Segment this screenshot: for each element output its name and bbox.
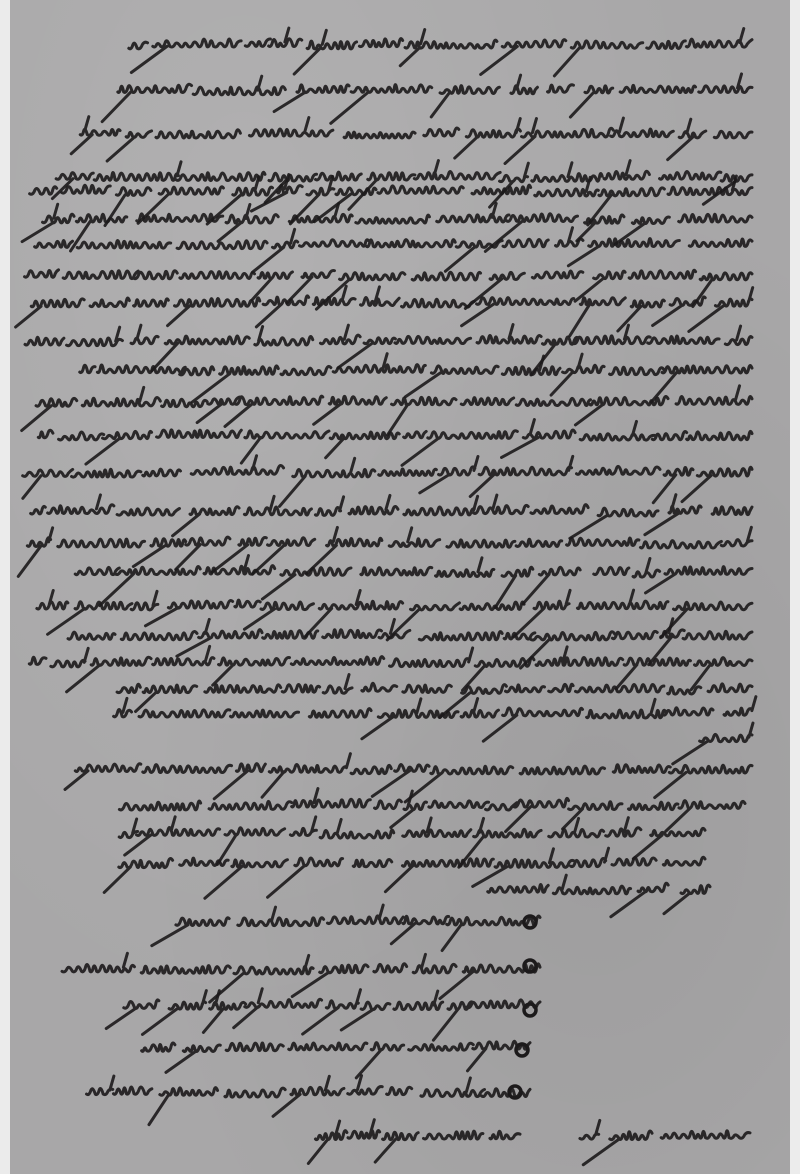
script-line xyxy=(71,117,752,164)
script-line xyxy=(308,1120,520,1164)
script-line xyxy=(38,420,752,466)
script-line xyxy=(119,789,745,832)
script-line xyxy=(102,74,752,123)
script-line xyxy=(152,905,540,950)
script-line xyxy=(80,354,752,402)
script-line xyxy=(87,1076,530,1125)
script-line xyxy=(62,953,540,1002)
script-line xyxy=(23,456,752,507)
script-line xyxy=(488,875,710,917)
list-marker-icon xyxy=(524,1004,536,1016)
script-line xyxy=(129,28,752,76)
script-line xyxy=(35,228,752,273)
script-line xyxy=(673,723,753,764)
script-line xyxy=(142,1041,530,1077)
manuscript-script-lines xyxy=(0,0,800,1174)
script-line xyxy=(75,556,752,608)
script-line xyxy=(31,495,752,539)
script-line xyxy=(106,989,540,1040)
script-line xyxy=(114,697,756,742)
script-line xyxy=(65,754,752,802)
script-line xyxy=(16,286,753,336)
script-line xyxy=(22,386,752,435)
script-line xyxy=(580,1120,750,1164)
